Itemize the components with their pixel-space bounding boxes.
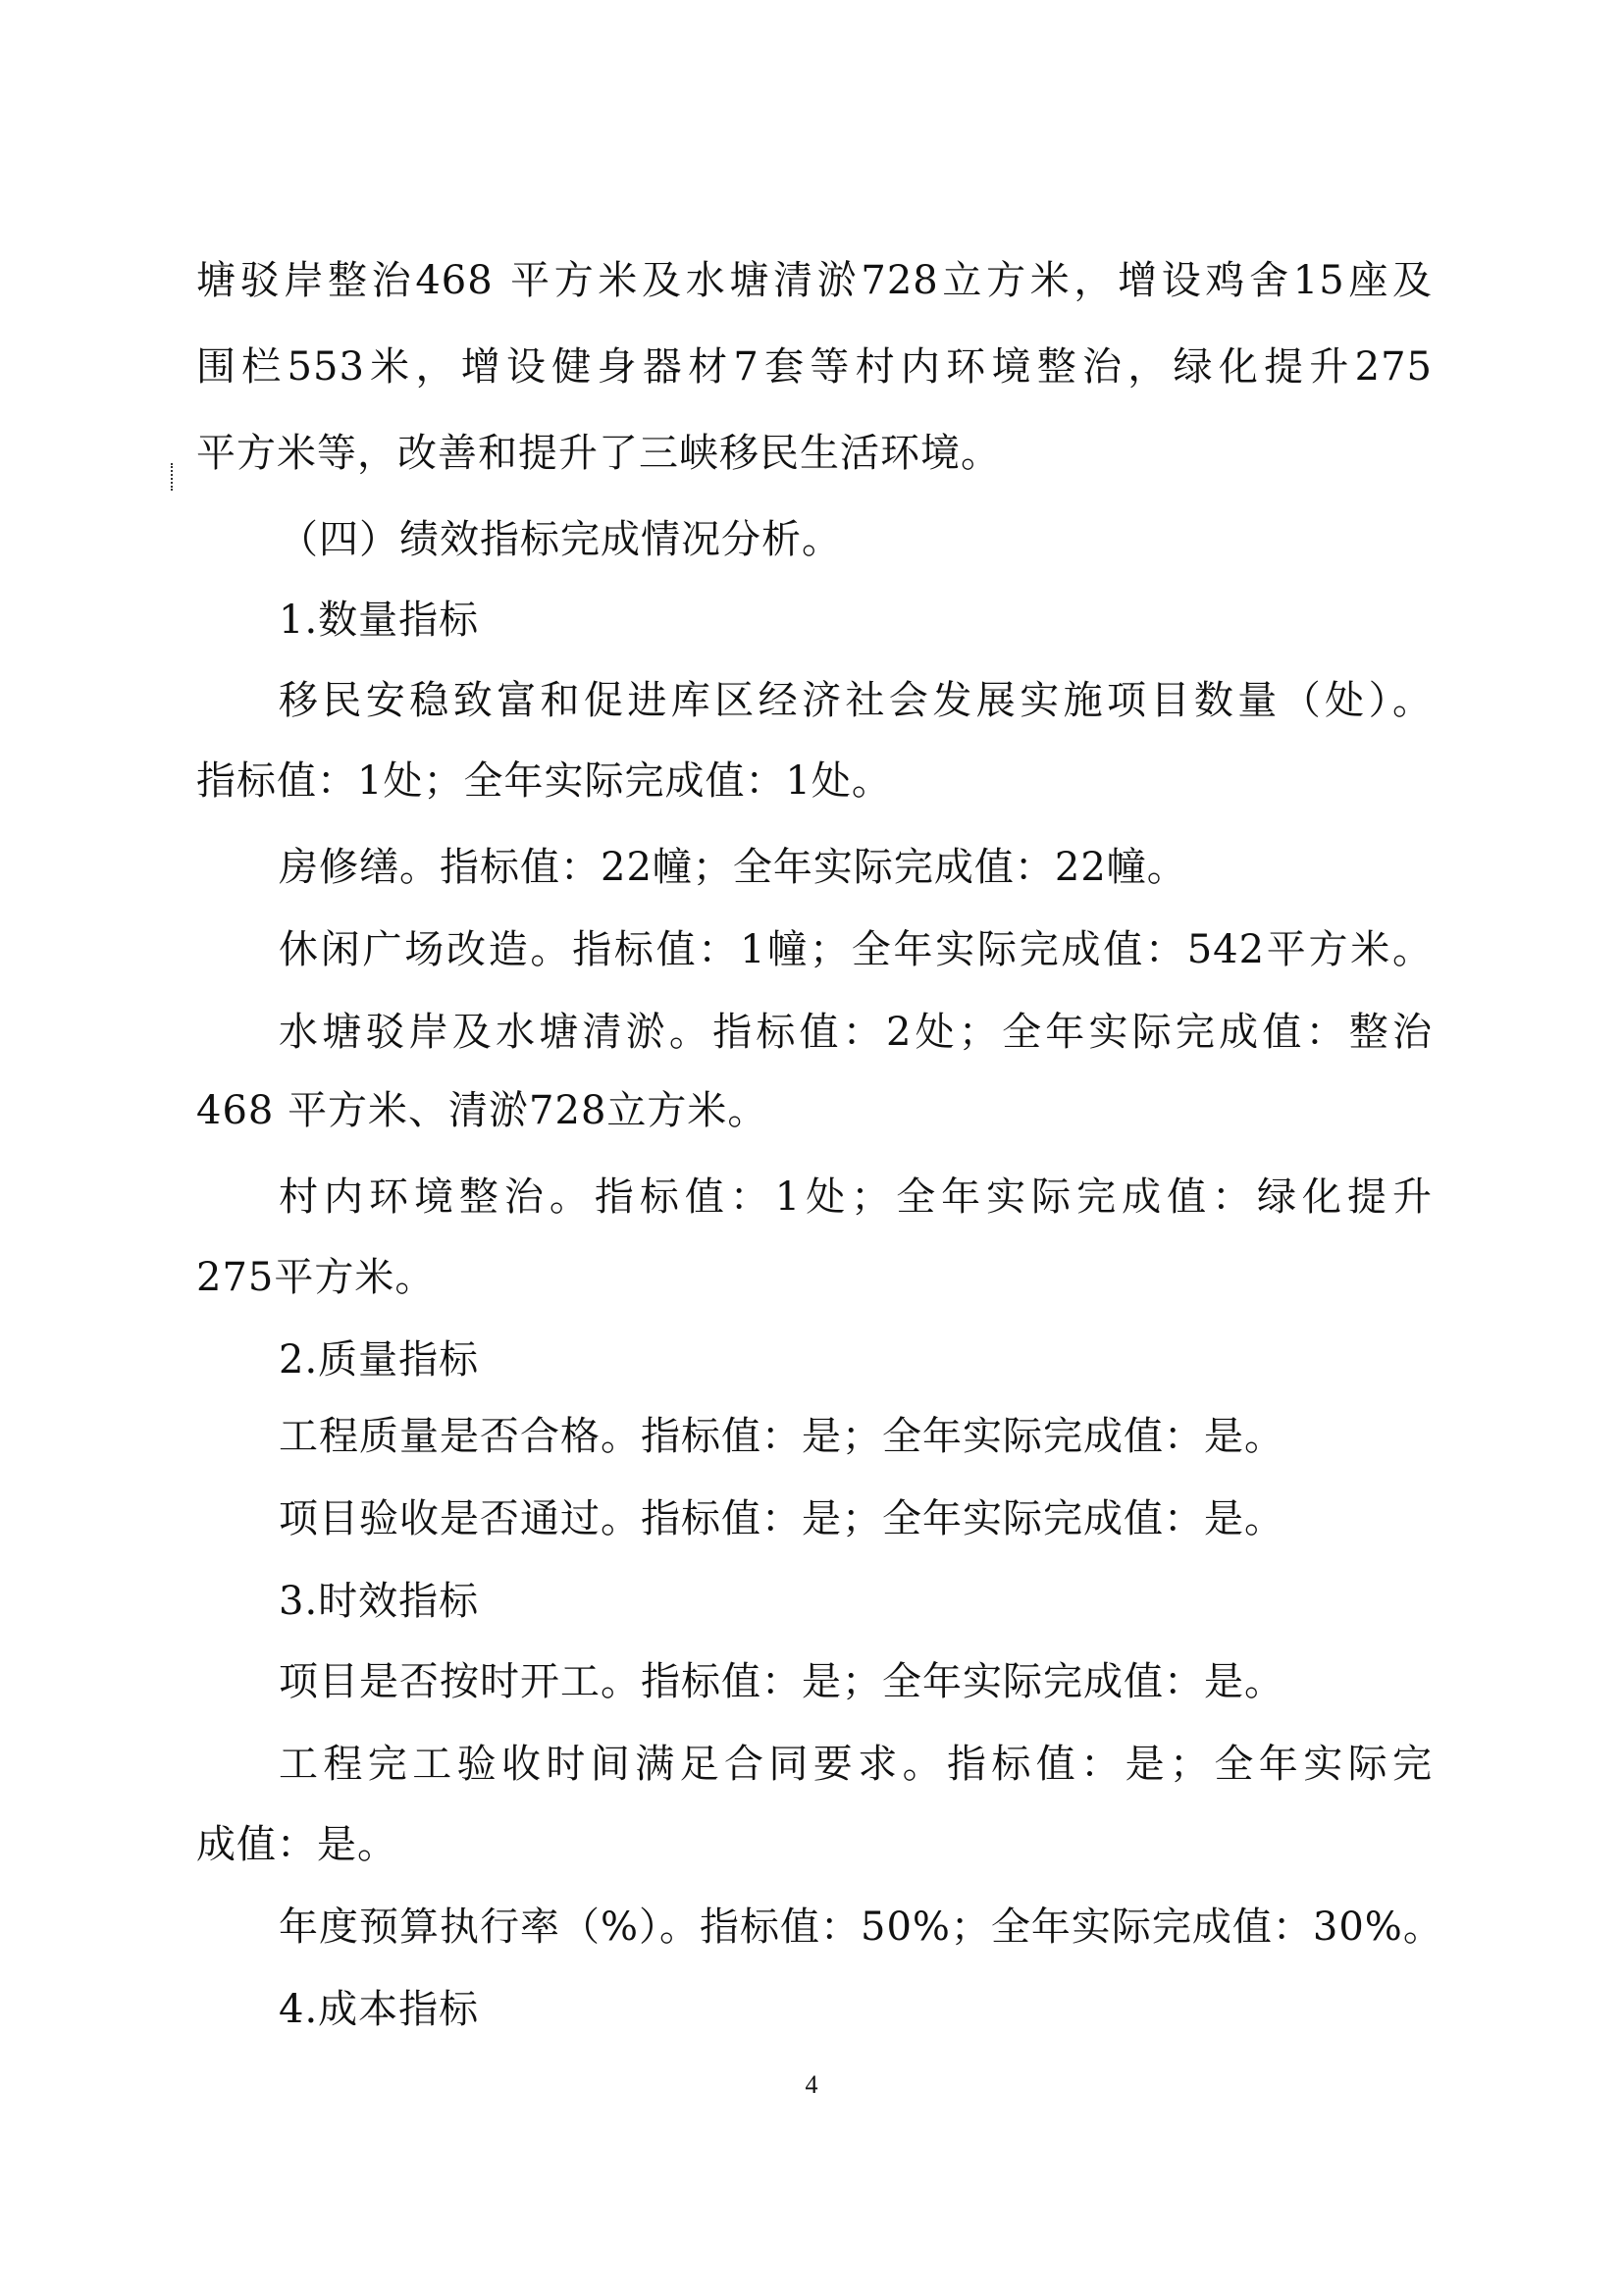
paragraph-line: 工程质量是否合格。指标值：是；全年实际完成值：是。 <box>279 1413 1515 1460</box>
subsection-heading: 1.数量指标 <box>279 597 1515 644</box>
paragraph-line: 275平方米。 <box>196 1254 1433 1301</box>
subsection-heading: 3.时效指标 <box>279 1578 1515 1625</box>
paragraph-line: 项目验收是否通过。指标值：是；全年实际完成值：是。 <box>279 1495 1515 1542</box>
paragraph-line: 塘驳岸整治468 平方米及水塘清淤728立方米，增设鸡舍15座及 <box>196 257 1433 304</box>
paragraph-line: 水塘驳岸及水塘清淤。指标值：2处；全年实际完成值：整治 <box>279 1009 1433 1056</box>
paragraph-line: 休闲广场改造。指标值：1幢；全年实际完成值：542平方米。 <box>279 926 1433 973</box>
paragraph-line: 年度预算执行率（%）。指标值：50%；全年实际完成值：30%。 <box>279 1904 1433 1951</box>
paragraph-line: 房修缮。指标值：22幢；全年实际完成值：22幢。 <box>279 844 1515 891</box>
margin-scan-mark <box>171 463 175 491</box>
paragraph-line: 工程完工验收时间满足合同要求。指标值：是；全年实际完 <box>279 1741 1433 1788</box>
paragraph-line: 项目是否按时开工。指标值：是；全年实际完成值：是。 <box>279 1658 1515 1705</box>
paragraph-line: 移民安稳致富和促进库区经济社会发展实施项目数量（处）。 <box>279 677 1433 724</box>
paragraph-line: 平方米等，改善和提升了三峡移民生活环境。 <box>196 430 1433 477</box>
subsection-heading: 2.质量指标 <box>279 1336 1515 1383</box>
paragraph-line: 指标值：1处；全年实际完成值：1处。 <box>196 757 1433 805</box>
page-number: 4 <box>0 2070 1623 2100</box>
subsection-heading: 4.成本指标 <box>279 1986 1515 2033</box>
document-page: 塘驳岸整治468 平方米及水塘清淤728立方米，增设鸡舍15座及 围栏553米，… <box>0 0 1623 2296</box>
paragraph-line: 围栏553米，增设健身器材7套等村内环境整治，绿化提升275 <box>196 343 1433 391</box>
paragraph-line: 成值：是。 <box>196 1821 1433 1868</box>
paragraph-line: 468 平方米、清淤728立方米。 <box>196 1087 1433 1134</box>
paragraph-line: 村内环境整治。指标值：1处；全年实际完成值：绿化提升 <box>279 1174 1433 1221</box>
section-heading: （四）绩效指标完成情况分析。 <box>279 516 1515 563</box>
